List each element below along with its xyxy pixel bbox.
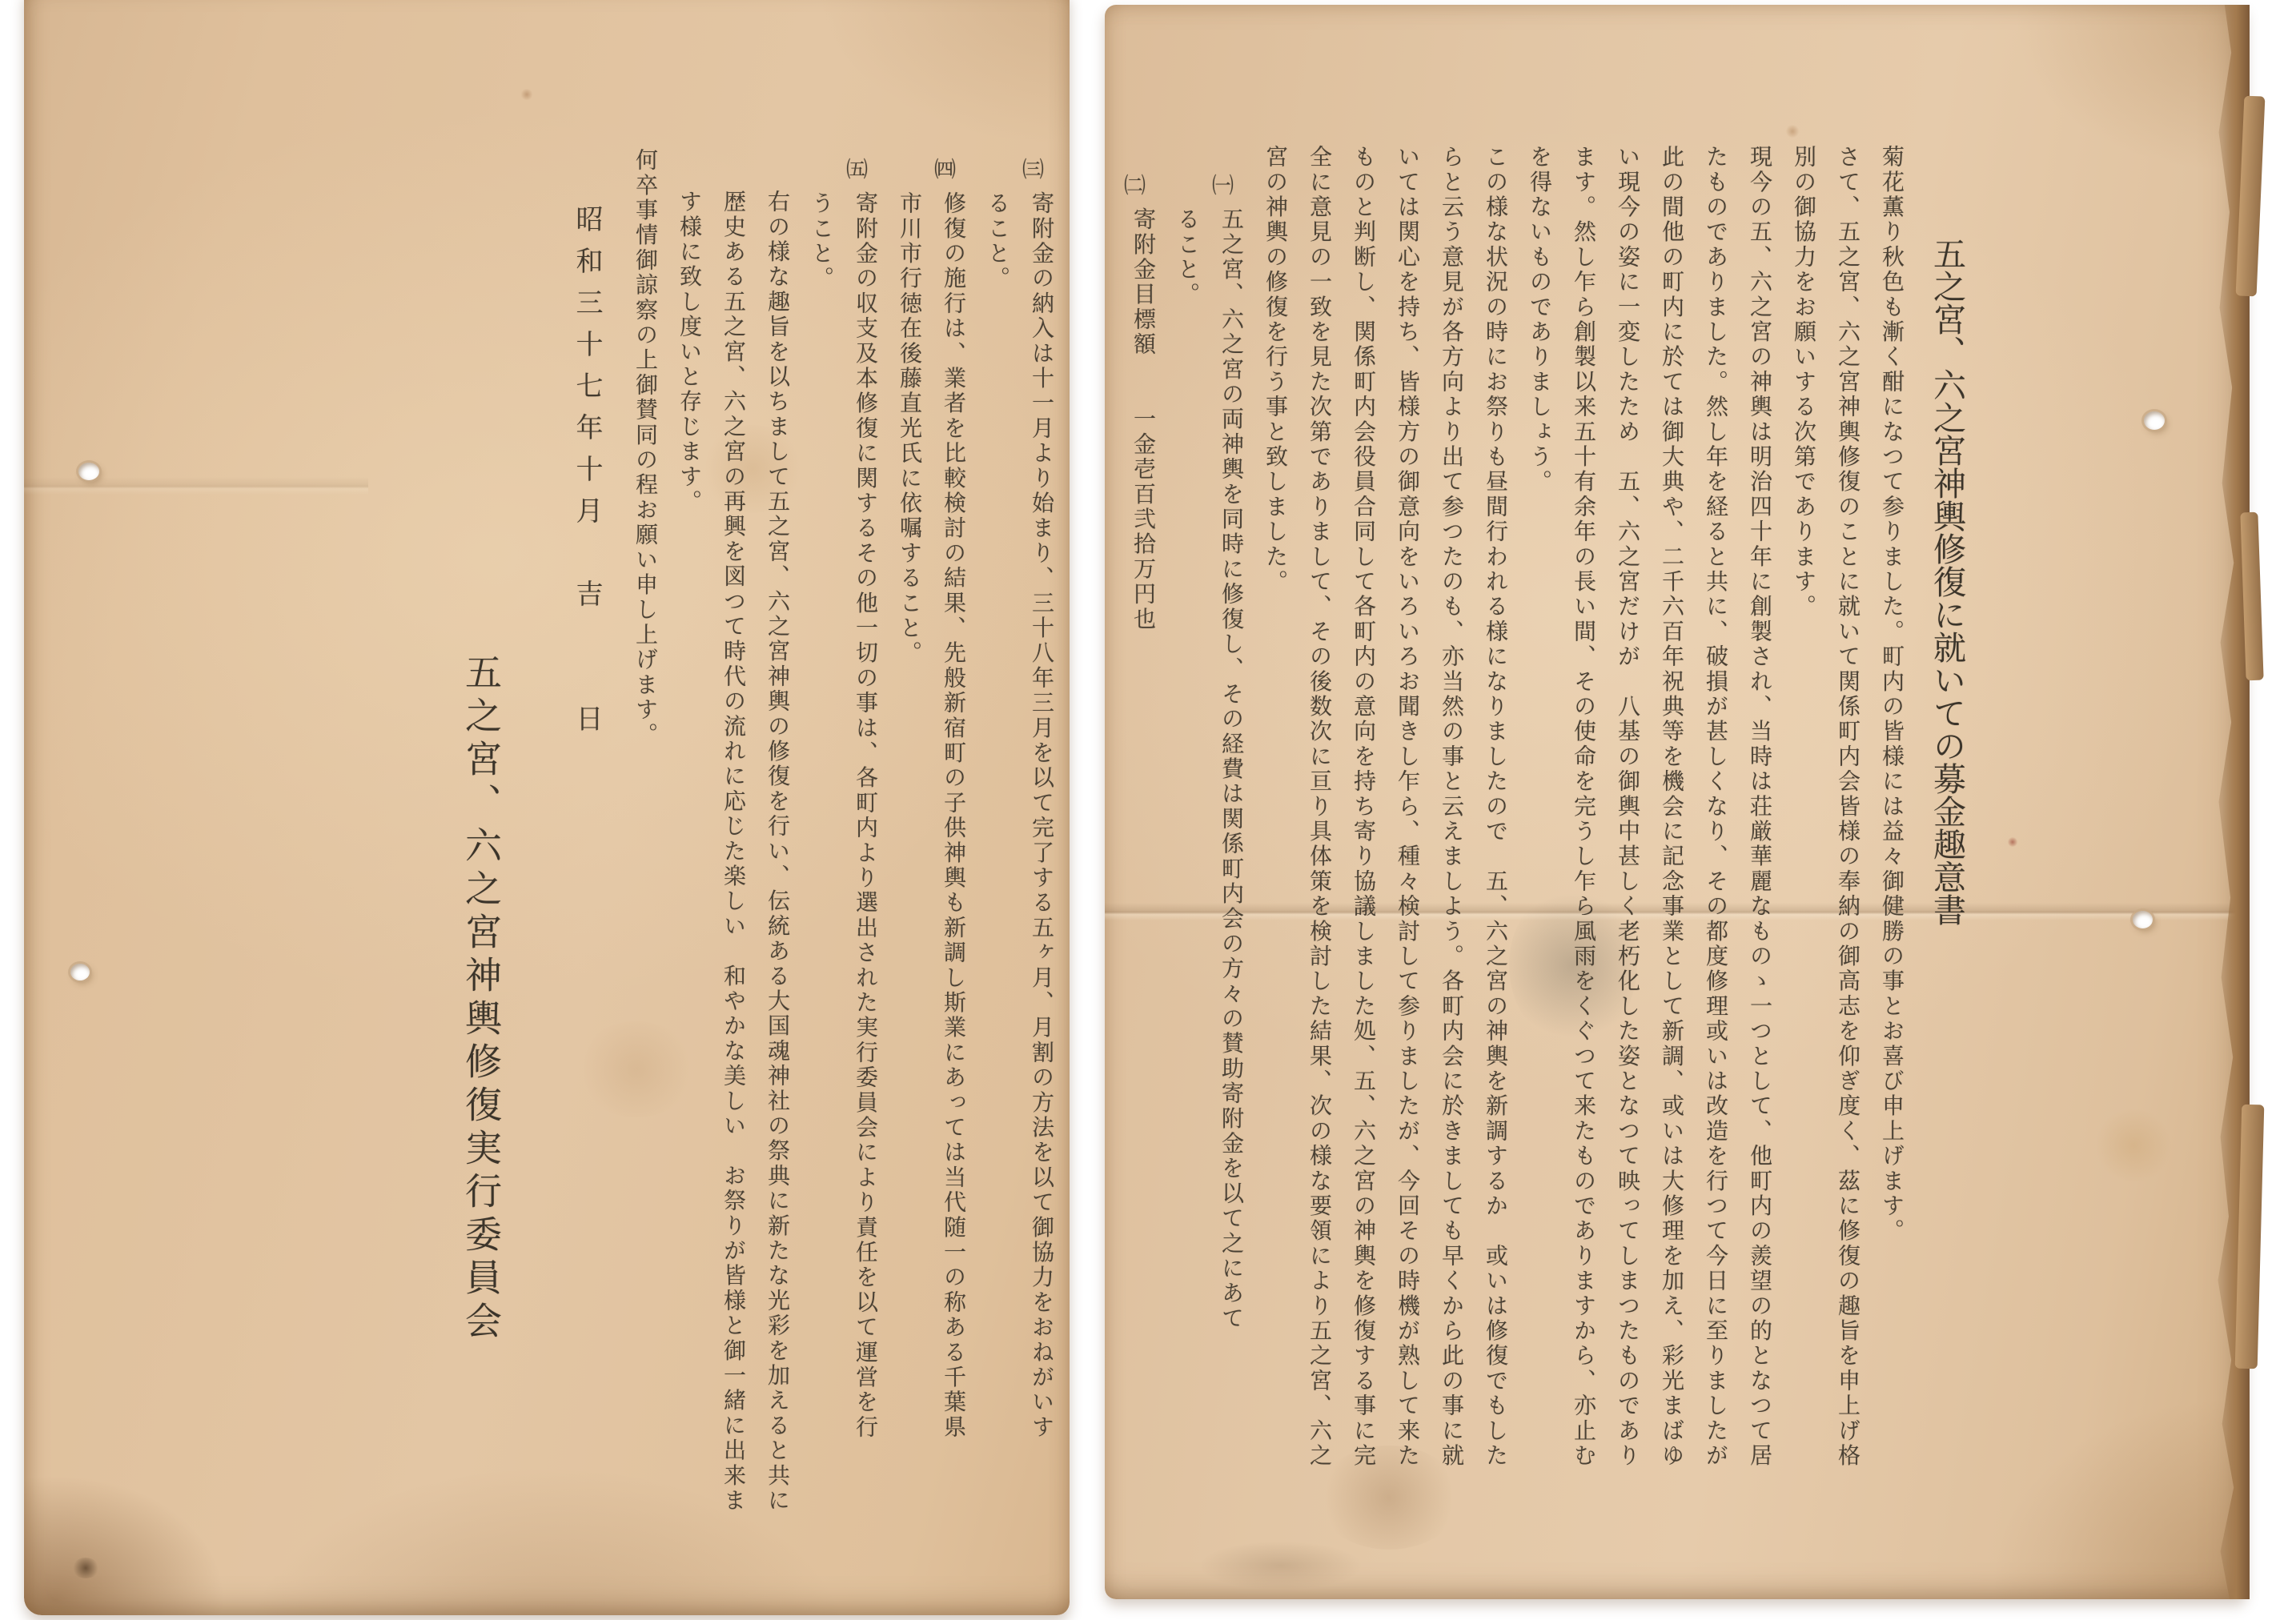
intro-paragraph: さて、五之宮、六之宮神輿修復のことに就いて関係町内会皆様の奉納の御高志を仰ぎ度く…	[1781, 145, 1869, 1478]
item-2: ㈡ 寄附金目標額 一金壱百弐拾万円也	[1121, 145, 1165, 928]
item-1-text: 五之宮、六之宮の両神輿を同時に修復し、その経費は関係町内会の方々の賛助寄附金を以…	[1174, 207, 1243, 1331]
punch-hole	[78, 463, 99, 480]
punch-hole	[2133, 911, 2153, 928]
document-title: 五之宮、六之宮神輿修復に就いての募金趣意書	[1925, 145, 1969, 957]
page2-text-block: ㈢ 寄附金の納入は十一月より始まり、三十八年三月を以て完了する五ヶ月、月割の方法…	[405, 129, 1063, 1530]
item-5-marker: ㈤	[833, 158, 877, 179]
paper-stain	[2008, 837, 2017, 847]
item-3-text: 寄附金の納入は十一月より始まり、三十八年三月を以て完了する五ヶ月、月割の方法を以…	[985, 191, 1054, 1440]
item-5-text: 寄附金の収支及本修復に関するその他一切の事は、各町内より選出された実行委員会によ…	[809, 191, 877, 1440]
date-line: 昭和三十七年十月 吉 日	[561, 129, 611, 1165]
item-5: ㈤ 寄附金の収支及本修復に関するその他一切の事は、各町内より選出された実行委員会…	[799, 129, 887, 1448]
punch-hole	[2144, 411, 2165, 430]
item-1-marker: ㈠	[1198, 174, 1242, 195]
appeal-line: 何卒事情御諒察の上御賛同の程お願い申し上げます。	[623, 129, 667, 1429]
item-3: ㈢ 寄附金の納入は十一月より始まり、三十八年三月を以て完了する五ヶ月、月割の方法…	[975, 129, 1063, 1448]
item-3-marker: ㈢	[1009, 158, 1053, 179]
closing-paragraph: 右の様な趣旨を以ちまして五之宮、六之宮神輿の修復を行い、伝統ある大国魂神社の祭典…	[667, 129, 799, 1522]
paper-stain	[72, 1558, 99, 1578]
deliberation-paragraph: この様な状況の時にお祭りも昼間行われる様になりましたので 五、六之宮の神輿を新調…	[1253, 145, 1517, 1478]
paper-stain	[2093, 1109, 2174, 1181]
paper-sheet-right: 五之宮、六之宮神輿修復に就いての募金趣意書 菊花薫り秋色も漸く酣になつて参りまし…	[1105, 5, 2246, 1599]
item-1: ㈠ 五之宮、六之宮の両神輿を同時に修復し、その経費は関係町内会の方々の賛助寄附金…	[1165, 145, 1253, 1336]
paper-stain	[1785, 125, 1800, 138]
paper-sheet-left: ㈢ 寄附金の納入は十一月より始まり、三十八年三月を以て完了する五ヶ月、月割の方法…	[24, 0, 1070, 1615]
item-4: ㈣ 修復の施行は、業者を比較検討の結果、先般新宿町の子供神輿も新調し斯業にあって…	[887, 129, 975, 1448]
item-4-marker: ㈣	[921, 158, 965, 179]
paper-crease	[24, 477, 368, 495]
committee-signature: 五之宮、六之宮神輿修復実行委員会	[444, 129, 517, 1458]
punch-hole	[70, 964, 90, 980]
page1-text-block: 五之宮、六之宮神輿修復に就いての募金趣意書 菊花薫り秋色も漸く酣になつて参りまし…	[1121, 145, 1969, 1550]
greeting-paragraph: 菊花薫り秋色も漸く酣になつて参りました。町内の皆様には益々御健勝の事とお喜び申上…	[1869, 145, 1913, 1478]
scanned-document: ㈢ 寄附金の納入は十一月より始まり、三十八年三月を以て完了する五ヶ月、月割の方法…	[0, 0, 2296, 1620]
history-paragraph: 現今の五、六之宮の神輿は明治四十年に創製され、当時は荘厳華麗なものゝ一つとして、…	[1517, 145, 1781, 1478]
item-2-marker: ㈡	[1110, 174, 1154, 195]
item-2-text: 寄附金目標額 一金壱百弐拾万円也	[1130, 207, 1155, 632]
paper-stain	[520, 89, 533, 100]
item-4-text: 修復の施行は、業者を比較検討の結果、先般新宿町の子供神輿も新調し斯業にあっては当…	[897, 191, 965, 1440]
